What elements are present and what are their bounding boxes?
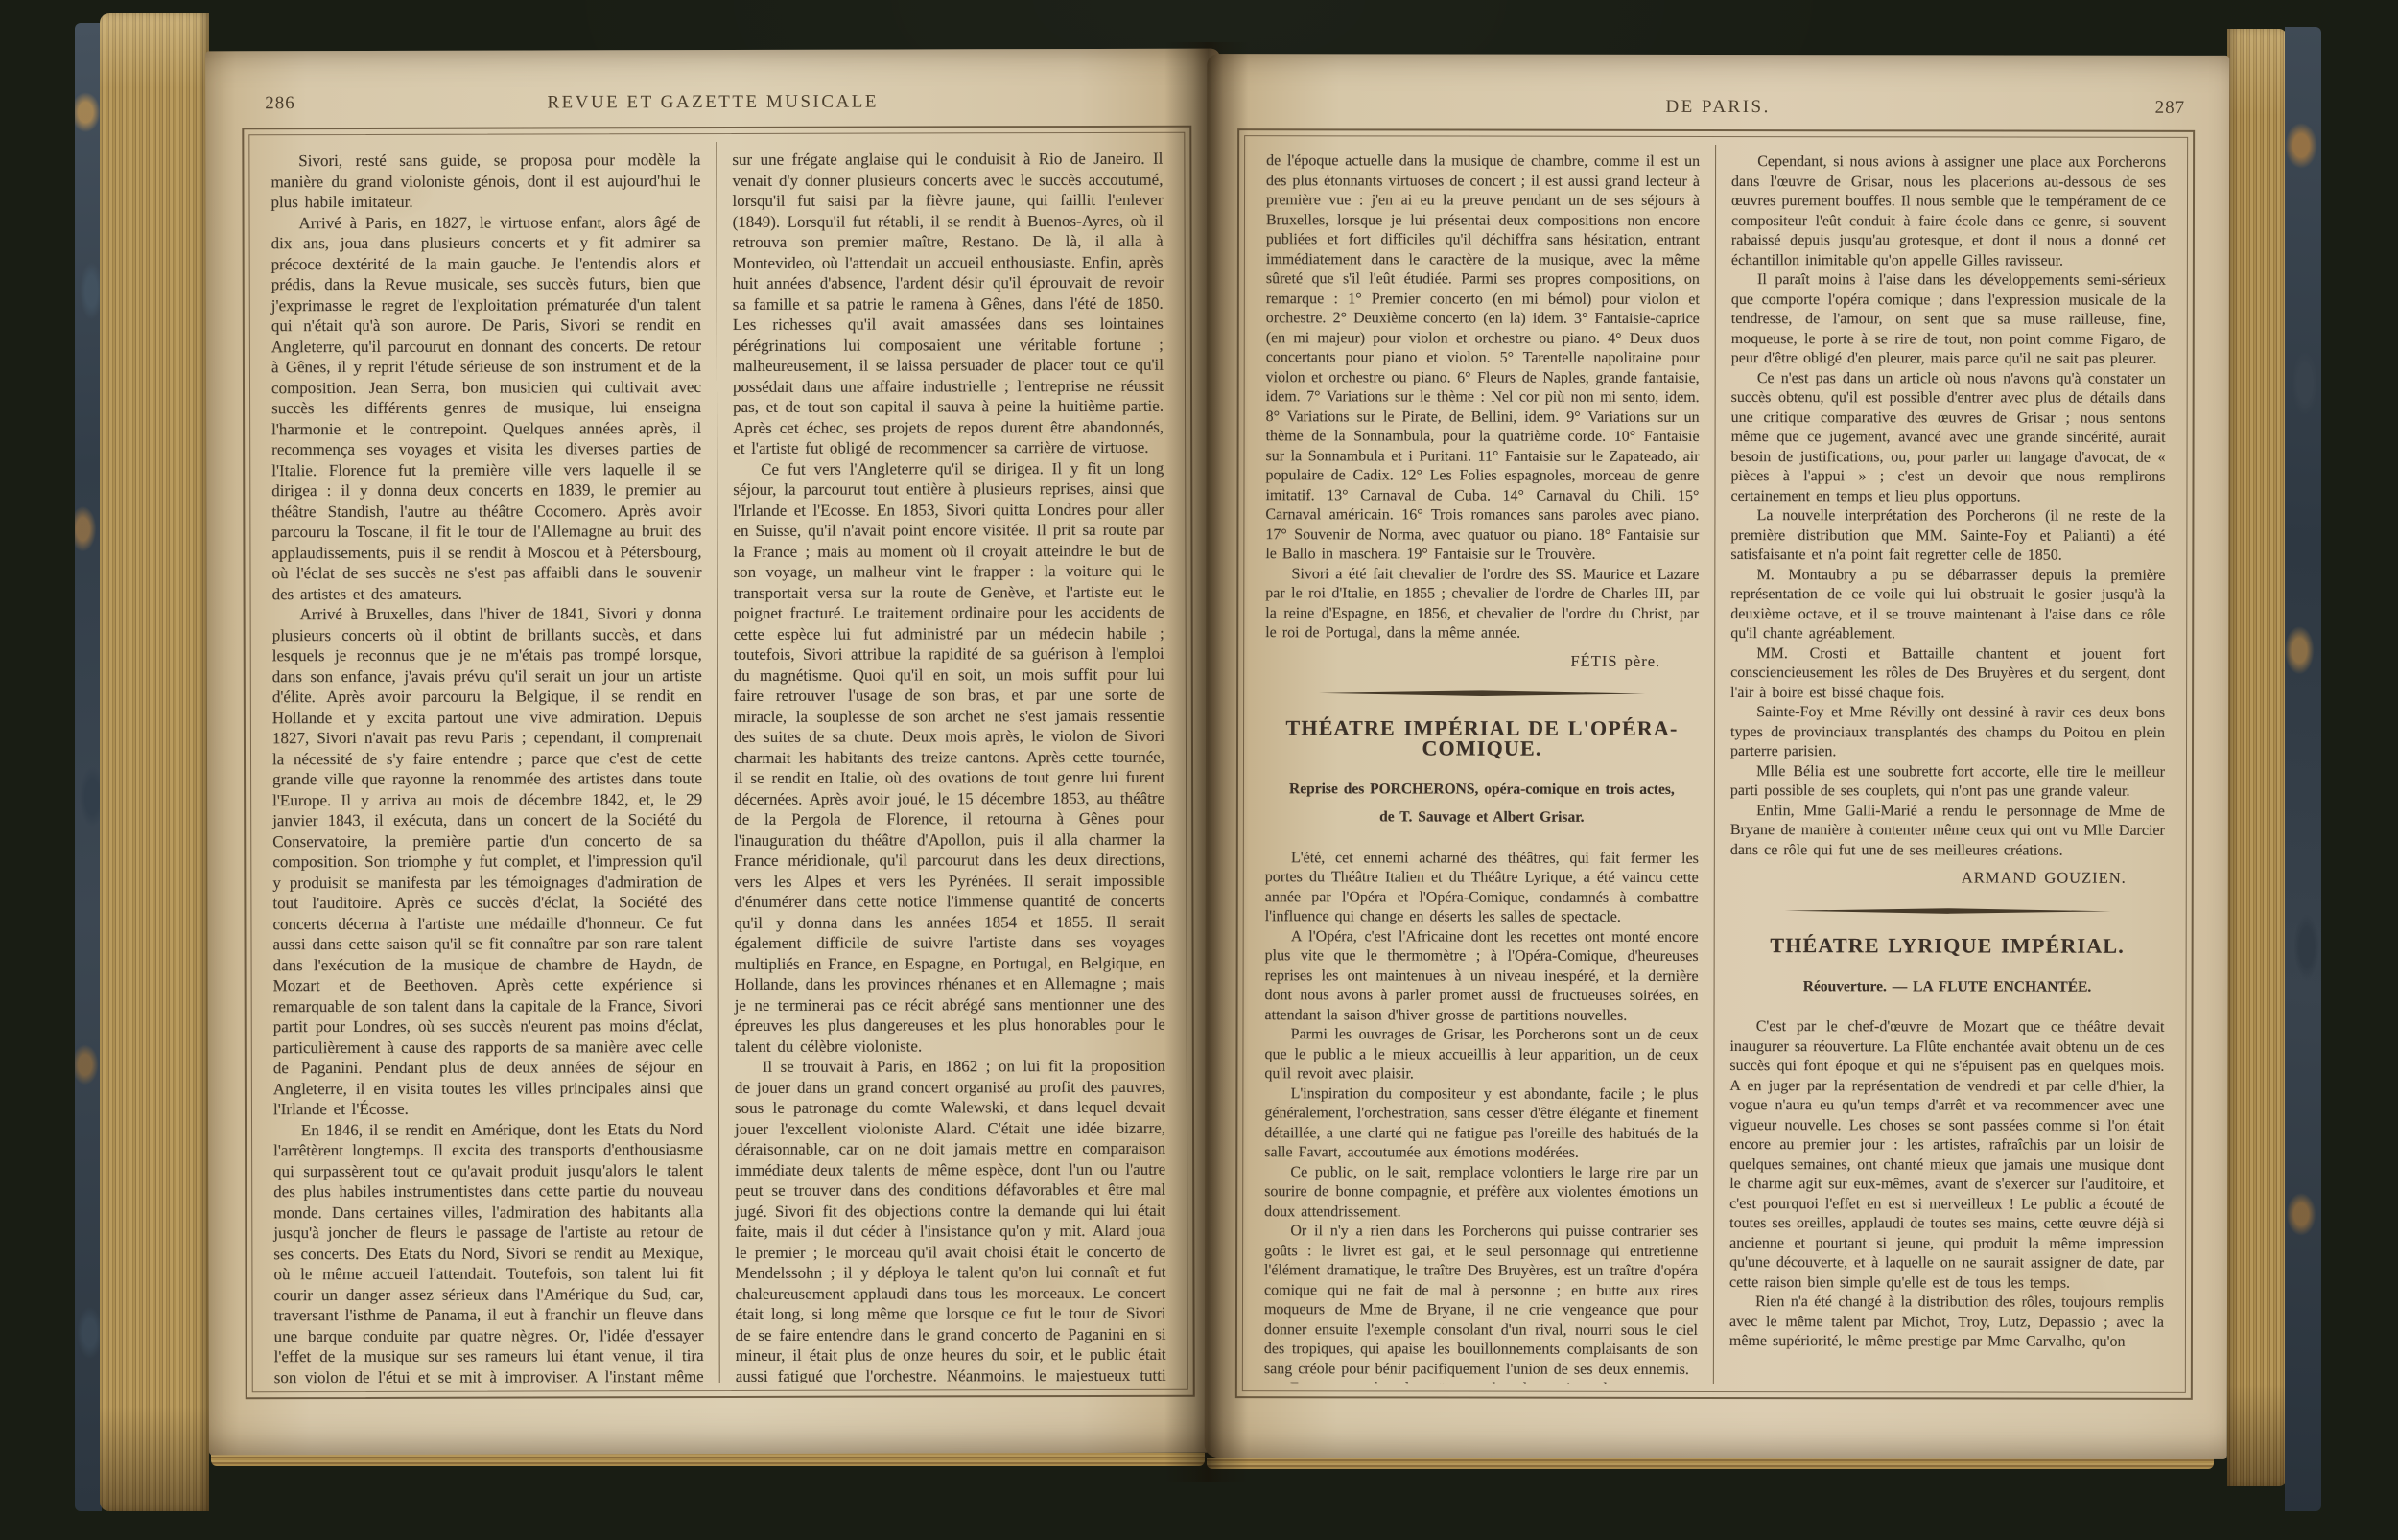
paragraph: Or il n'y a rien dans les Porcherons qui… [1264, 1223, 1698, 1381]
article-flute-body: C'est par le chef-d'œuvre de Mozart que … [1729, 1017, 2165, 1352]
paragraph: A l'Opéra, c'est l'Africaine dont les re… [1265, 927, 1699, 1026]
article-heading-opera-comique: THÉATRE IMPÉRIAL DE L'OPÉRA-COMIQUE. [1265, 718, 1699, 758]
paragraph: L'été, cet ennemi acharné des théâtres, … [1265, 849, 1699, 928]
section-divider-icon [1730, 907, 2165, 916]
paragraph: Sainte-Foy et Mme Révilly ont dessiné à … [1730, 703, 2165, 762]
paragraph: sur une frégate anglaise qui le conduisi… [732, 149, 1164, 459]
paragraph: Il paraît moins à l'aise dans les dévelo… [1731, 270, 2166, 369]
paragraph: Il se trouvait à Paris, en 1862 ; on lui… [735, 1056, 1166, 1383]
left-page: 286 REVUE ET GAZETTE MUSICALE Sivori, re… [205, 49, 1224, 1456]
article-porcherons-body: L'été, cet ennemi acharné des théâtres, … [1264, 849, 1699, 1384]
article-sivori-end: de l'époque actuelle dans la musique de … [1265, 152, 1700, 643]
page-edges-right [2227, 29, 2287, 1486]
left-page-column-2: sur une frégate anglaise qui le conduisi… [717, 141, 1181, 1383]
paragraph: M. Montaubry a pu se débarrasser depuis … [1730, 566, 2165, 645]
text-frame-right-inner: de l'époque actuelle dans la musique de … [1242, 135, 2188, 1393]
page-edges-bottom-left [211, 1453, 1205, 1466]
right-page-column-1: de l'époque actuelle dans la musique de … [1249, 144, 1716, 1384]
page-edges-bottom-right [1207, 1458, 2214, 1469]
marbled-cover-left [75, 23, 102, 1511]
article-porcherons-end: Cependant, si nous avions à assigner une… [1730, 152, 2166, 861]
paragraph: Arrivé à Paris, en 1827, le virtuose enf… [271, 212, 702, 605]
page-edges-left [100, 13, 209, 1511]
article-signature-fetis: FÉTIS père. [1265, 651, 1699, 671]
text-frame-left: Sivori, resté sans guide, se proposa pou… [242, 126, 1194, 1400]
paragraph: Sivori a été fait chevalier de l'ordre d… [1265, 565, 1699, 644]
paragraph: Cependant, si nous avions à assigner une… [1731, 152, 2166, 271]
text-frame-right: de l'époque actuelle dans la musique de … [1235, 128, 2195, 1400]
text-frame-left-inner: Sivori, resté sans guide, se proposa pou… [248, 132, 1187, 1393]
paragraph: Parmi les ouvrages de Grisar, les Porche… [1264, 1026, 1698, 1085]
paragraph: Ce n'est pas dans un article où nous n'a… [1730, 369, 2165, 507]
page-number-right: 287 [2155, 98, 2186, 119]
marbled-cover-right [2285, 27, 2321, 1511]
article-subheading-porcherons: Reprise des PORCHERONS, opéra-comique en… [1282, 775, 1681, 832]
paragraph: Ce public, on le sait, remplace volontie… [1264, 1163, 1698, 1223]
paragraph: Ce fut vers l'Angleterre qu'il se dirige… [733, 457, 1165, 1057]
paragraph: Mlle Bélia est une soubrette fort accort… [1730, 762, 2165, 803]
right-page-column-2: Cependant, si nous avions à assigner une… [1714, 145, 2181, 1385]
article-subheading-flute-enchantee: Réouverture. — LA FLUTE ENCHANTÉE. [1748, 972, 2148, 1001]
paragraph: MM. Crosti et Battaille chantent et joue… [1730, 644, 2165, 704]
paragraph: Sivori, resté sans guide, se proposa pou… [270, 150, 700, 213]
section-divider-icon [1265, 689, 1699, 698]
article-heading-theatre-lyrique: THÉATRE LYRIQUE IMPÉRIAL. [1730, 936, 2165, 956]
paragraph: La nouvelle interprétation des Porcheron… [1730, 506, 2165, 566]
left-page-column-1: Sivori, resté sans guide, se proposa pou… [255, 142, 719, 1384]
paragraph: En 1846, il se rendit en Amérique, dont … [273, 1119, 704, 1385]
paragraph: Rien n'a été changé à la distribution de… [1729, 1293, 2164, 1352]
paragraph: de l'époque actuelle dans la musique de … [1265, 152, 1700, 565]
paragraph: En un mot, dans le poëme et dans la musi… [1264, 1380, 1698, 1384]
article-signature-gouzien: ARMAND GOUZIEN. [1730, 868, 2165, 888]
paragraph: Arrivé à Bruxelles, dans l'hiver de 1841… [272, 603, 703, 1120]
paragraph: Enfin, Mme Galli-Marié a rendu le person… [1730, 802, 2165, 861]
paragraph: C'est par le chef-d'œuvre de Mozart que … [1729, 1017, 2165, 1294]
running-title-left: REVUE ET GAZETTE MUSICALE [205, 91, 1220, 115]
right-page: DE PARIS. 287 de l'époque actuelle dans … [1205, 54, 2230, 1459]
running-title-right: DE PARIS. [1207, 96, 2229, 119]
paragraph: L'inspiration du compositeur y est abond… [1264, 1085, 1698, 1164]
